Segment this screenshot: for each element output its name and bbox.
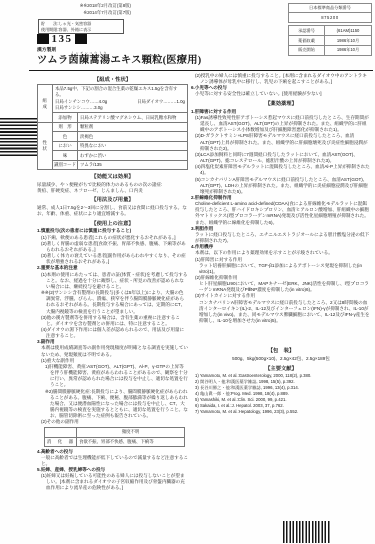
- black-square-icon: [37, 34, 49, 44]
- pharmacology-heading: 【薬効薬理】: [191, 101, 371, 107]
- pharmacology-2-text: Choline-deficient L-amino acid-defined(C…: [195, 201, 371, 226]
- composition-content-cell: 本品7.5g中、下記の割合の混合生薬の乾燥エキス1.5gを含有する。 日局インチ…: [53, 85, 188, 113]
- right-column: (2)授乳中の婦人には慎重に投与すること。[本剤に含まれるダイオウ中のアントラキ…: [191, 73, 371, 415]
- composition-label-cell: 組 成: [38, 85, 53, 123]
- sales-start-row: 販売開始 1986年10月: [289, 46, 372, 56]
- pregnancy-item-2: (2)授乳中の婦人には慎重に投与すること。[本剤に含まれるダイオウ中のアントラキ…: [195, 73, 371, 85]
- additive-value-cell: 日局ステアリン酸マグネシウム、日局乳糖水和物: [78, 113, 188, 123]
- ingredient-sanshishi: 日局サンシシ………3.0g: [55, 105, 185, 111]
- approval-number-row: 承認番号 (61AM)1150: [289, 26, 372, 36]
- odor-label-cell: におい: [53, 141, 78, 151]
- approval-number-value: (61AM)1150: [325, 26, 372, 36]
- precaution-2-item: (4)ダイオウの瀉下作用には個人差が認められるので、用法及び用量に注意すること。: [41, 327, 188, 339]
- revision-line-2: ※2014年7月改訂(第7版): [28, 10, 131, 17]
- additive-label-cell: 添加物: [53, 113, 78, 123]
- classification-number: 875200: [289, 13, 371, 22]
- ingredient-daio: 日局ダイオウ………1.0g: [137, 99, 185, 105]
- classification-table: 日本標準商品分類番号 875200 承認番号 (61AM)1150 薬価収載 1…: [288, 3, 372, 56]
- revision-line-1: ※※2018年2月改訂(第8版): [28, 3, 131, 10]
- elderly-text: 一般に高齢者では生理機能が低下しているので減量するなど注意すること。: [41, 455, 188, 467]
- precaution-2-item: (1)本剤の使用にあたっては、患者の証(体質・症状)を考慮して投与すること。なお…: [41, 272, 188, 290]
- pediatric-text: 小児等に対する安全性は確立していない。[使用経験が少ない]: [195, 91, 371, 97]
- black-square-icon: [75, 34, 87, 44]
- taste-value-cell: わずかに渋い: [78, 151, 188, 161]
- precaution-2-item: ※※(2)サンシシ含有製剤の長期投与(多くは5年以上)により、大腸の色調異常、浮…: [41, 290, 188, 315]
- title-furigana: インチンコウトウ: [68, 51, 110, 55]
- title-divider: [29, 70, 373, 71]
- approval-info-table: 承認番号 (61AM)1150 薬価収載 1986年10月 販売開始 1986年…: [288, 25, 372, 55]
- precaution-1-item: (2)著しく胃腸の虚弱な患者[食欲不振、胃部不快感、腹痛、下痢等があらわれるおそ…: [41, 241, 188, 253]
- taste-label-cell: 味: [53, 151, 78, 161]
- id-code-value-cell: ツムラ/135: [78, 160, 188, 170]
- side-effects-data-row: 消 化 器 食欲不振、胃部不快感、腹痛、下痢等: [45, 437, 185, 447]
- dosage-text: 通常、成人1日7.5gを2〜3回に分割し、食前又は食間に経口投与する。なお、年齢…: [37, 205, 188, 217]
- title-prefix: ツムラ: [37, 55, 68, 66]
- price-listing-row: 薬価収載 1986年10月: [289, 36, 372, 46]
- sales-start-value: 1986年10月: [325, 46, 372, 56]
- packaging-text: 500g、5kg(500g×10)、2.5g×42包、2.5g×189包: [191, 356, 371, 362]
- form-value-cell: 顆粒剤: [78, 122, 188, 132]
- composition-table: 組 成 本品7.5g中、下記の割合の混合生薬の乾燥エキス1.5gを含有する。 日…: [37, 84, 188, 170]
- pharmacology-3-text: ラットに経口投与したところ、エチニルエストラジオールによる胆汁酸塩分泌の低下が抑…: [195, 232, 371, 244]
- other-side-effects-table: 頻度不明 消 化 器 食欲不振、胃部不快感、腹痛、下痢等: [44, 427, 185, 447]
- digestive-value-cell: 食欲不振、胃部不快感、腹痛、下痢等: [76, 437, 184, 447]
- product-title: ツムラ茵蔯蒿湯インチンコウトウエキス顆粒(医療用): [37, 51, 201, 66]
- reference-item: 7) Yamamoto, M. et al.:Hepatology, 1996,…: [195, 409, 371, 415]
- property-row-form: 性 状 剤 形 顆粒剤: [38, 122, 188, 132]
- composition-row: 組 成 本品7.5g中、下記の割合の混合生薬の乾燥エキス1.5gを含有する。 日…: [38, 85, 188, 113]
- left-edge-barcode-icon: [0, 118, 37, 156]
- frequency-header-cell: 頻度不明: [76, 427, 184, 437]
- property-row-taste: 味 わずかに渋い: [38, 151, 188, 161]
- other-side-effects-title: (2)その他の副作用: [41, 419, 188, 425]
- bottom-barcode-icon: [283, 521, 331, 543]
- composition-text: 本品7.5g中、下記の割合の混合生薬の乾燥エキス1.5gを含有する。: [55, 86, 185, 98]
- package-insert-page: ※※2018年2月改訂(第8版) ※2014年7月改訂(第7版) 貯 法:しゃ光…: [0, 0, 375, 544]
- approval-number-label: 承認番号: [289, 26, 325, 36]
- pharmacology-1-item: (4)四塩化炭素肝障害モデルラットに混餌投与したところ、血清Al-P上昇が抑制さ…: [195, 164, 371, 176]
- side-effects-header-row: 頻度不明: [45, 427, 185, 437]
- indications-line-2: 黄疸、肝硬変症、ネフローゼ、じんましん、口内炎: [37, 188, 188, 194]
- precaution-1-item: (1)下痢、軟便のある患者[これらの症状が悪化するおそれがある。]: [41, 235, 188, 241]
- pregnancy-item-1: (1)妊婦又は妊娠している可能性のある婦人には投与しないことが望ましい。[本剤に…: [41, 473, 188, 491]
- mechanism-1-text: ラット培養肝細胞において、TGF-β1添加によるアポトーシス発現を抑制した(in…: [199, 263, 371, 275]
- left-column: 【組成・性状】 組 成 本品7.5g中、下記の割合の混合生薬の乾燥エキス1.5g…: [37, 73, 188, 492]
- title-kanji-with-furigana: 茵蔯蒿湯インチンコウトウ: [68, 55, 110, 66]
- form-label-cell: 剤 形: [53, 122, 78, 132]
- color-value-cell: 淡褐色: [78, 132, 188, 142]
- title-kanji: 茵蔯蒿湯: [68, 55, 110, 66]
- dosage-heading: 【用法及び用量】: [37, 197, 188, 203]
- precautions-heading: 【使用上の注意】: [37, 221, 188, 227]
- price-listing-label: 薬価収載: [289, 36, 325, 46]
- precaution-1-item: (3)著しく体力の衰えている患者[副作用があらわれやすくなり、その症状が増強され…: [41, 253, 188, 265]
- side-effects-intro: 本剤は使用成績調査等の副作用発現頻度が明確となる調査を実施していないため、発現頻…: [41, 345, 188, 357]
- pharmacology-1-item: (5)コンカナバリンA肝障害モデルマウスに経口前投与したところ、血清AST(GO…: [195, 177, 371, 195]
- references-heading: 【主要文献】: [191, 366, 371, 372]
- packaging-heading: 【包 装】: [191, 348, 371, 354]
- mechanism-2-text: ヒト肝星細胞LI90において、MAPキナーゼ(ERK、JNK)活性を抑制し、Ⅰ型…: [199, 281, 371, 293]
- serious-side-effect-item: ※2)腸間膜静脈硬化症:長期投与により、腸間膜静脈硬化症があらわれることがある。…: [45, 389, 188, 420]
- classification-number-box: 日本標準商品分類番号 875200: [288, 3, 372, 23]
- pharmacology-1-item: (2)D-ガラクトサミン+LPS肝障害モデルマウスに経口前投与したところ、血清A…: [195, 133, 371, 151]
- sales-start-label: 販売開始: [289, 46, 325, 56]
- storage-info-box: 貯 法:しゃ光・気密容器 使用期限:容器、外箱に表示: [38, 19, 124, 34]
- pharmacology-1-item: (1)Fas誘導性致死性肝アポトーシス惹起マウスに経口前投与したところ、生存期間…: [195, 115, 371, 133]
- property-row-color: 色 淡褐色: [38, 132, 188, 142]
- precaution-2-item: (3)他の漢方製剤等を併用する場合は、含有生薬の重複に注意すること。ダイオウを含…: [41, 315, 188, 327]
- revision-history: ※※2018年2月改訂(第8版) ※2014年7月改訂(第7版): [28, 3, 131, 16]
- indications-heading: 【効能又は効果】: [37, 174, 188, 180]
- classification-header: 日本標準商品分類番号: [289, 4, 371, 13]
- drug-code-number: 135: [52, 33, 73, 45]
- side-effects-blank-cell: [45, 427, 77, 437]
- odor-value-cell: 特異なにおい: [78, 141, 188, 151]
- property-label-cell: 性 状: [38, 122, 53, 170]
- property-row-id-code: 識別コード ツムラ/135: [38, 160, 188, 170]
- additive-row: 添加物 日局ステアリン酸マグネシウム、日局乳糖水和物: [38, 113, 188, 123]
- pharmacology-1-item: (3)LCA添加飼料と同時に7週間経口投与したラットにおいて、血清AST(GOT…: [195, 152, 371, 164]
- drug-code-line: 135: [37, 33, 87, 45]
- digestive-label-cell: 消 化 器: [45, 437, 77, 447]
- references-list: 1) Yamamoto, M. et al.:Gastroenterology,…: [195, 373, 371, 414]
- title-suffix: エキス顆粒(医療用): [110, 55, 201, 66]
- mechanism-3-text: コンカナバリンA肝障害モデルマウスに経口前投与したところ、2又は8時間後の血清イ…: [199, 300, 371, 325]
- id-code-label-cell: 識別コード: [53, 160, 78, 170]
- price-listing-value: 1986年10月: [325, 36, 372, 46]
- color-label-cell: 色: [53, 132, 78, 142]
- serious-side-effect-item: 1)肝機能障害、黄疸:AST(GOT)、ALT(GPT)、Al-P、γ-GTPの…: [45, 364, 188, 389]
- composition-heading: 【組成・性状】: [37, 77, 188, 83]
- expiry-info: 使用期限:容器、外箱に表示: [41, 27, 121, 33]
- property-row-odor: におい 特異なにおい: [38, 141, 188, 151]
